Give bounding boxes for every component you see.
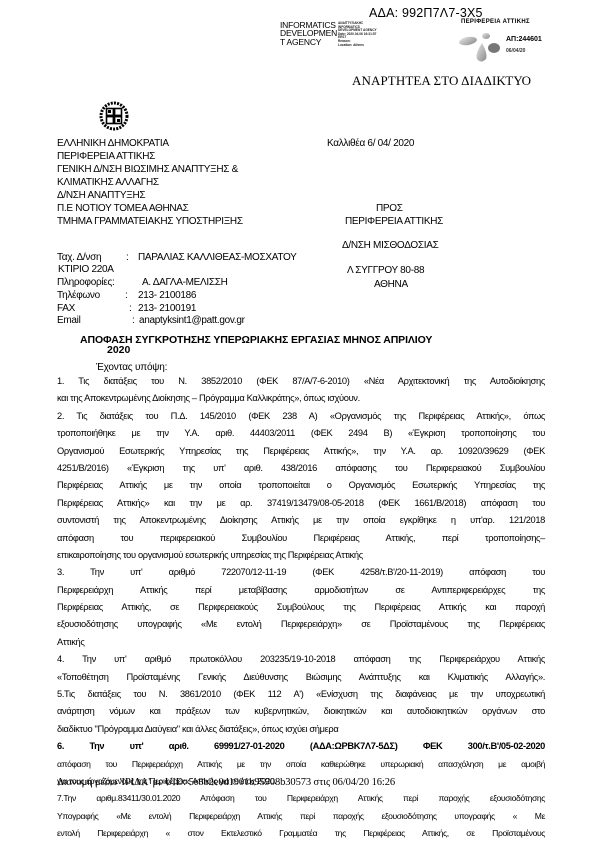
phone-sep: : (125, 290, 127, 301)
info-label: Πληροφορίες: (57, 277, 114, 288)
place-date: Καλλιθέα 6/ 04/ 2020 (327, 138, 414, 149)
header-general-directorate: ΓΕΝΙΚΗ Δ/ΝΣΗ ΒΙΩΣΙΜΗΣ ΑΝΑΠΤΥΞΗΣ & (57, 164, 238, 175)
region-stamp-title: ΠΕΡΙΦΕΡΕΙΑ ΑΤΤΙΚΗΣ (461, 19, 530, 25)
address-label: Ταχ. Δ/νση (57, 252, 101, 263)
digital-signature-details: ΑΝΑΠΤΥΞΙΑΚΗΣ INFORMATICS DEVELOPMENT AGE… (338, 22, 377, 47)
publish-notice: ΑΝΑΡΤΗΤΕΑ ΣΤΟ ΔΙΑΔΙΚΤΥΟ (352, 73, 531, 89)
ada-number: ΑΔΑ: 992Π7Λ7-3Χ5 (369, 6, 483, 20)
ida-agency-name: INFORMATICS DEVELOPMEN T AGENCY (280, 21, 337, 46)
info-value: Α. ΔΑΓΛΑ-ΜΕΛΙΣΣΗ (142, 277, 228, 288)
email-link[interactable]: anaptyksint1@patt.gov.gr (139, 315, 245, 326)
header-directorate: Δ/ΝΣΗ ΑΝΑΠΤΥΞΗΣ (57, 190, 145, 201)
region-logo-drops-icon (455, 28, 513, 66)
body-line: Υπογραφής «Με εντολή Περιφερειάρχη Αττικ… (57, 808, 545, 825)
body-line: απόφαση του περιφερειακού Συμβουλίου Περ… (57, 530, 545, 547)
body-line: 7.Την αριθμ.83411/30.01.2020 Απόφαση του… (57, 790, 545, 807)
body-line: διαδίκτυο "Πρόγραμμα Διαύγεια" και άλλες… (57, 721, 545, 738)
body-line: 4251/Β/2016) «Έγκριση της υπ' αριθ. 438/… (57, 460, 545, 477)
body-line: απόφαση του Περιφερειάρχη Αττικής με την… (57, 756, 545, 773)
body-line: Αττικής (57, 634, 545, 651)
recipient-to-label: ΠΡΟΣ (376, 203, 403, 214)
document-body: 1. Τις διατάξεις του Ν. 3852/2010 (ΦΕΚ 8… (57, 373, 545, 842)
phone-label: Τηλέφωνο (57, 290, 100, 301)
considerations-intro: Έχοντας υπόψη: (96, 362, 167, 373)
greek-emblem-icon (99, 101, 129, 131)
protocol-date: 06/04/20 (506, 48, 525, 54)
body-line: και της Αποκεντρωμένης Διοίκησης – Πρόγρ… (57, 390, 545, 407)
email-label: Email (57, 315, 81, 326)
body-line: εξουσιοδότησης υπογραφής «Με εντολή Περι… (57, 616, 545, 633)
building: ΚΤΙΡΙΟ 220Α (58, 264, 114, 275)
address-sep: : (126, 252, 128, 263)
header-country: ΕΛΛΗΝΙΚΗ ΔΗΜΟΚΡΑΤΙΑ (57, 138, 169, 149)
body-line: Περιφέρειας Αττικής με την οποία τροποπο… (57, 477, 545, 494)
recipient-address: Λ ΣΥΓΓΡΟΥ 80-88 (347, 265, 424, 276)
body-line: 5.Τις διατάξεις του Ν. 3861/2010 (ΦΕΚ 11… (57, 686, 545, 703)
body-line: 3. Την υπ' αριθμό 722070/12-11-19 (ΦΕΚ 4… (57, 564, 545, 581)
ida-name-line: T AGENCY (280, 38, 337, 46)
body-line: επικαιροποίησης του οργανισμού εσωτερική… (57, 547, 545, 564)
document-title-year: 2020 (107, 344, 130, 356)
phone-value: 213- 2100186 (138, 290, 196, 301)
fax-value: 213- 2100191 (138, 303, 196, 314)
header-region: ΠΕΡΙΦΕΡΕΙΑ ΑΤΤΙΚΗΣ (57, 151, 155, 162)
body-line: 2. Τις διατάξεις του Π.Δ. 145/2010 (ΦΕΚ … (57, 408, 545, 425)
body-line: «Τοποθέτηση Προϊσταμένης Γενικής Διεύθυν… (57, 669, 545, 686)
body-line: Περιφερειάρχη Αττικής περί μεταβίβασης α… (57, 582, 545, 599)
body-line: εντολή Περιφερειάρχη « στον Εκτελεστικό … (57, 825, 545, 842)
protocol-number: ΑΠ:244601 (506, 36, 542, 43)
body-line: Περιφέρειας Αττικής» και την με αρ. 3741… (57, 495, 545, 512)
body-line: ανάρτηση νόμων και πράξεων των κυβερνητι… (57, 703, 545, 720)
signature-line: Location: Athens (338, 44, 377, 48)
body-line: 4. Την υπ' αριθμό πρωτοκόλλου 203235/19-… (57, 651, 545, 668)
recipient-dept: Δ/ΝΣΗ ΜΙΣΘΟΔΟΣΙΑΣ (342, 240, 438, 251)
body-line: Οργανισμού Εσωτερικής Υπηρεσίας της Περι… (57, 443, 545, 460)
fax-label: FAX (57, 303, 75, 314)
body-line: συντονιστή της Αποκεντρωμένης Διοίκησης … (57, 512, 545, 529)
fax-sep: : (129, 303, 131, 314)
recipient-city: ΑΘΗΝΑ (374, 279, 408, 290)
body-line: 1. Τις διατάξεις του Ν. 3852/2010 (ΦΕΚ 8… (57, 373, 545, 390)
distribution-footer: Διανομή μέσω 'ΙΡΙΔΑ' με UID: 5e8b2e0d190… (57, 777, 395, 788)
body-line: τροποποιήθηκε με την Υ.Α. αριθ. 44403/20… (57, 425, 545, 442)
document-title: ΑΠΟΦΑΣΗ ΣΥΓΚΡΟΤΗΣΗΣ ΥΠΕΡΩΡΙΑΚΗΣ ΕΡΓΑΣΙΑΣ… (80, 334, 432, 346)
recipient-org: ΠΕΡΙΦΕΡΕΙΑ ΑΤΤΙΚΗΣ (345, 216, 443, 227)
address-value: ΠΑΡΑΛΙΑΣ ΚΑΛΛΙΘΕΑΣ-ΜΟΣΧΑΤΟΥ (138, 252, 297, 263)
email-sep: : (132, 315, 134, 326)
header-general-directorate-cont: ΚΛΙΜΑΤΙΚΗΣ ΑΛΛΑΓΗΣ (57, 177, 159, 188)
body-line: Περιφέρειας Αττικής, σε Περιφερειακούς Σ… (57, 599, 545, 616)
header-regional-unit: Π.Ε ΝΟΤΙΟΥ ΤΟΜΕΑ ΑΘΗΝΑΣ (57, 203, 189, 214)
header-department: ΤΜΗΜΑ ΓΡΑΜΜΑΤΕΙΑΚΗΣ ΥΠΟΣΤΗΡΙΞΗΣ (57, 216, 243, 227)
body-line: 6. Την υπ' αριθ. 69991/27-01-2020 (ΑΔΑ:Ω… (57, 738, 545, 755)
